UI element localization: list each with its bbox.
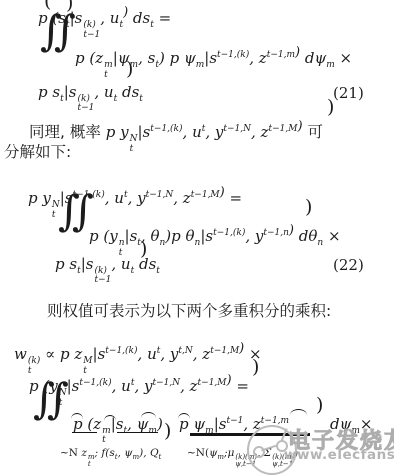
double-integral-glyph: ∬ [33, 378, 69, 420]
gaussian-label-measurement: ∼N zmt; f(st, ψm), Qt [60, 447, 161, 469]
paragraph-weight-intro: 则权值可表示为以下两个多重积分的乘积: [47, 303, 331, 321]
brace-tip-arc [290, 409, 307, 415]
watermark-url-text: www.elecfans.com [284, 447, 394, 463]
equation-number-21: (21) [333, 84, 364, 102]
equation-22-line-3: p st|s(k)t−1, ut dst [55, 256, 160, 286]
paragraph-tongli-line-2: 分解如下: [4, 144, 71, 162]
scanned-paper-page: ( ) ∬ p (st|s(k)t−1, ut) dst = p (zmt|ψm… [0, 0, 394, 476]
stray-paren: ) [126, 60, 133, 79]
stray-paren: ) [316, 396, 323, 415]
equation-number-22: (22) [333, 256, 364, 274]
equation-22-line-2: p (ynt|st, θn)p θn|st−1,(k), yt−1,n) dθn… [89, 224, 341, 258]
equation-21-line-1: p (st|s(k)t−1, ut) dst = [38, 6, 171, 40]
brace-tip-arc [104, 415, 116, 421]
weight-equation-line-1: w(k)t ∝ p zMt|st−1,(k), ut, yt,N, zt−1,M… [14, 342, 262, 376]
brace-tip-arc [141, 412, 156, 418]
stray-paren: ) [327, 98, 334, 117]
equation-21-line-3: p st|s(k)t−1, ut dst [38, 84, 143, 114]
stray-paren: ) [305, 198, 312, 217]
stray-paren: ) [252, 358, 259, 377]
brace-tip-arc [178, 413, 190, 419]
underbrace-segment [117, 432, 158, 433]
equation-21-line-2: p (zmt|ψm, st) p ψm|st−1,(k), zt−1,m) dψ… [75, 46, 352, 80]
underbrace-segment [72, 432, 97, 433]
paragraph-tongli-line-1: 同理, 概率 p yNt|st−1,(k), ut, yt−1,N, zt−1,… [29, 120, 323, 154]
stray-paren: ) [164, 422, 171, 441]
gaussian-term-measurement: p (zmt|st, ψm) [73, 416, 163, 446]
brace-tip-arc [71, 413, 83, 419]
